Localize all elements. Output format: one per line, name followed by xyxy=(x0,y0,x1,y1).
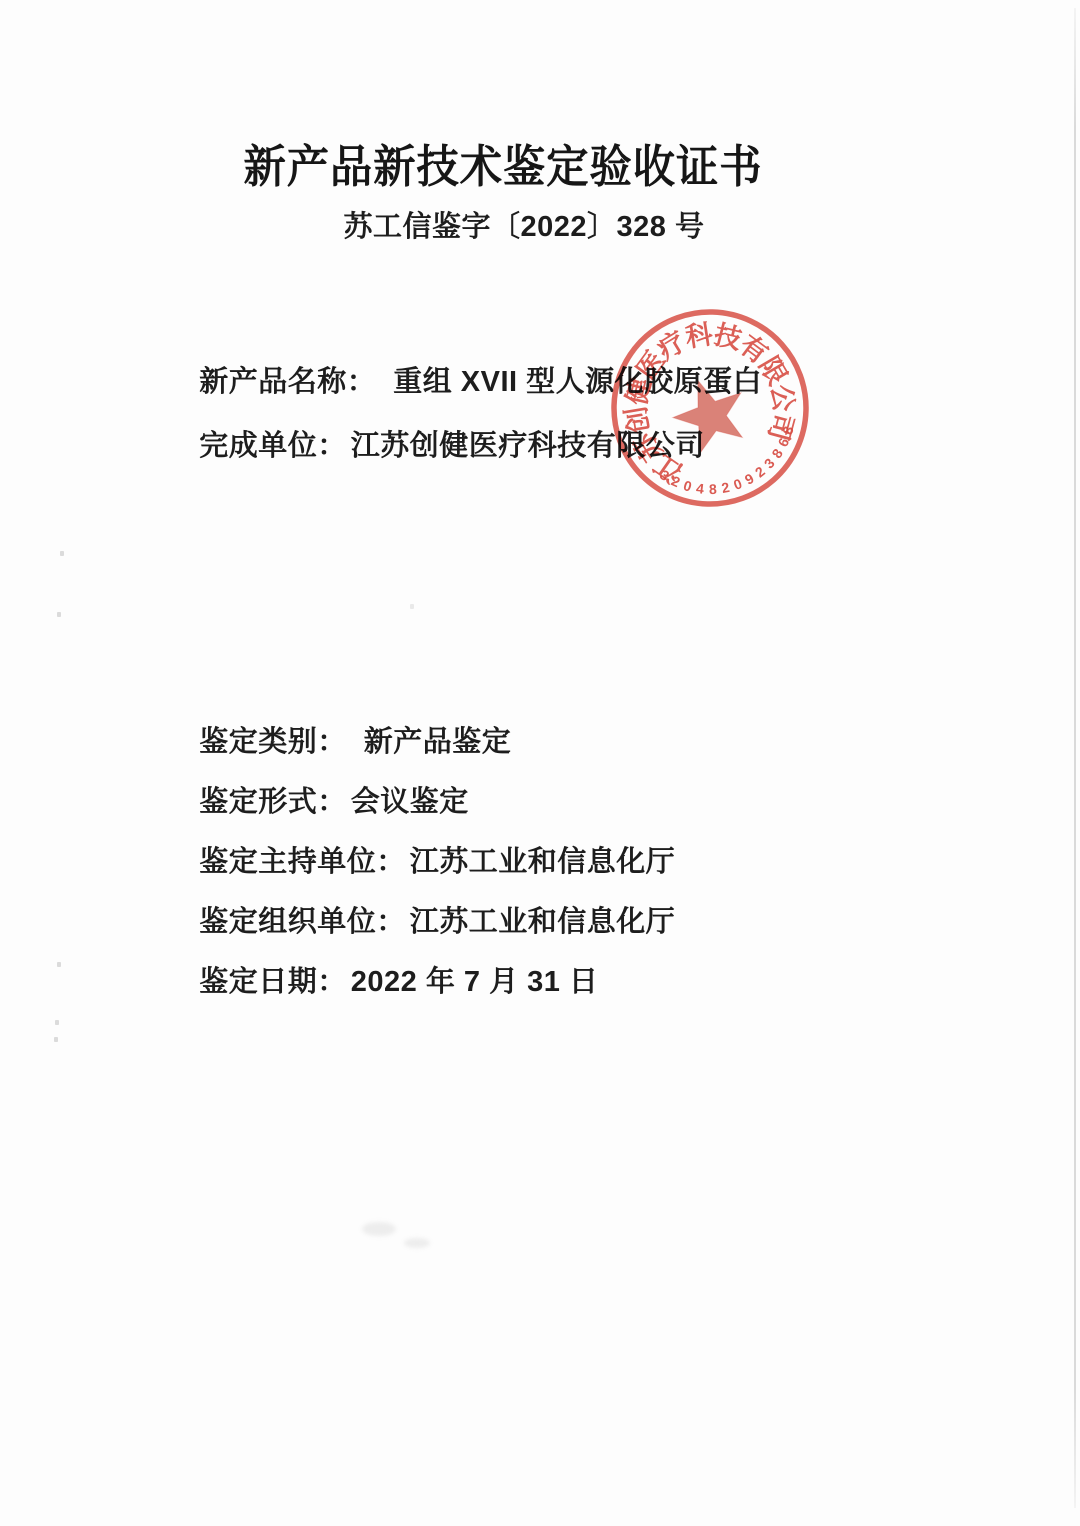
svg-text:创: 创 xyxy=(621,404,655,437)
field-label: 鉴定日期： xyxy=(199,966,347,998)
scan-smudge xyxy=(362,1222,396,1236)
svg-text:0: 0 xyxy=(682,477,694,495)
scan-speck xyxy=(57,962,61,967)
page-title: 新产品新技术鉴定验收证书 xyxy=(244,130,763,195)
scan-speck xyxy=(54,1037,58,1042)
doc-number: 苏工信鉴字〔2022〕328 号 xyxy=(344,204,705,245)
star-icon xyxy=(664,368,755,457)
svg-text:8: 8 xyxy=(709,481,718,497)
scan-edge-artifact xyxy=(1074,8,1076,1508)
field-label: 完成单位： xyxy=(199,430,347,462)
svg-text:8: 8 xyxy=(768,445,786,461)
scan-speck xyxy=(55,1020,59,1025)
certificate-page: 新产品新技术鉴定验收证书 苏工信鉴字〔2022〕328 号 新产品名称：重组 X… xyxy=(0,0,1080,1526)
svg-text:0: 0 xyxy=(731,475,744,493)
svg-text:公: 公 xyxy=(766,383,799,414)
scan-speck xyxy=(60,551,64,556)
svg-text:4: 4 xyxy=(695,480,705,497)
svg-text:科: 科 xyxy=(683,319,714,353)
field-appraisal-date: 鉴定日期：2022 年 7 月 31 日 xyxy=(165,926,598,1033)
scan-speck xyxy=(410,604,414,609)
scan-smudge xyxy=(404,1238,430,1248)
scan-speck xyxy=(57,612,61,617)
svg-text:2: 2 xyxy=(720,479,731,496)
field-value: 2022 年 7 月 31 日 xyxy=(351,966,599,998)
company-seal: 江苏创健医疗科技有限公司 3204820923868 xyxy=(600,298,820,518)
